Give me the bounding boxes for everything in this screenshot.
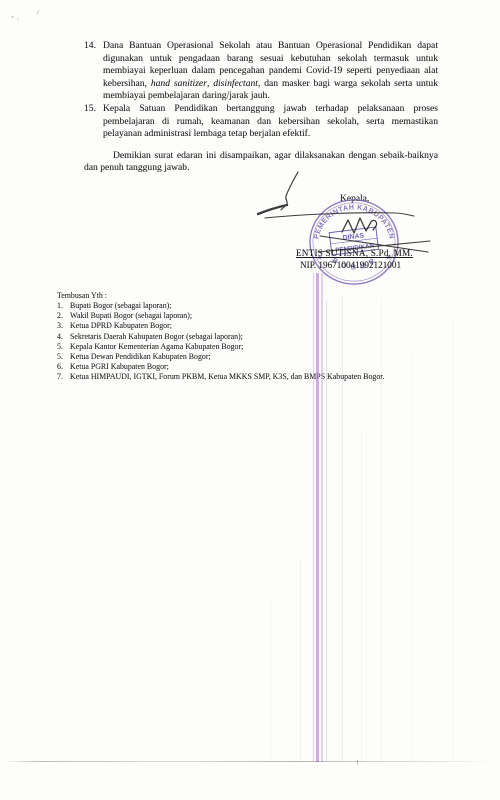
scan-streak — [412, 350, 413, 762]
item-number: 15. — [84, 103, 96, 116]
scan-artifact-dot — [17, 18, 19, 20]
tembusan-item: 4.Sekretaris Daerah Kabupaten Bogor (seb… — [57, 332, 447, 342]
list-item-14: 14. Dana Bantuan Operasional Sekolah ata… — [84, 40, 438, 103]
item-number: 14. — [84, 40, 96, 53]
italic-term: disinfectant — [213, 78, 258, 89]
scan-streak — [361, 430, 362, 762]
signatory-nip: NIP. 196710041992121001 — [300, 260, 401, 270]
tembusan-heading: Tembusan Yth : — [57, 291, 447, 301]
scanned-letter-page: 14. Dana Bantuan Operasional Sekolah ata… — [0, 0, 500, 800]
scan-streak — [270, 600, 271, 762]
fold-line — [3, 761, 497, 762]
tembusan-item: 5.Kepala Kantor Kementerian Agama Kabupa… — [57, 342, 447, 352]
scan-streak — [300, 560, 301, 762]
italic-term: hand sanitizer — [151, 78, 207, 89]
tembusan-item: 3.Ketua DPRD Kabupaten Bogor; — [57, 321, 447, 331]
tembusan-item: 2.Wakil Bupati Bogor (sebagai laporan); — [57, 311, 447, 321]
scan-streak — [452, 320, 453, 760]
tembusan-item: 6.Ketua PGRI Kabupaten Bogor; — [57, 362, 447, 372]
list-item-15: 15. Kepala Satuan Pendidikan bertanggung… — [84, 103, 438, 141]
tembusan-item: 1.Bupati Bogor (sebagai laporan); — [57, 301, 447, 311]
item-15-text: Kepala Satuan Pendidikan bertanggung jaw… — [103, 103, 438, 139]
signatory-name: ENTIS SUTISNA, S.Pd, MM. — [296, 248, 413, 258]
signature-ink — [230, 160, 460, 290]
tembusan-item: 7.Ketua HIMPAUDI, IGTKI, Forum PKBM, Ket… — [57, 372, 447, 382]
item-14-text: Dana Bantuan Operasional Sekolah atau Ba… — [103, 40, 438, 101]
scan-artifact-dot — [11, 16, 14, 18]
tembusan-item: 5.Ketua Dewan Pendidikan Kabupaten Bogor… — [57, 352, 447, 362]
tembusan-section: Tembusan Yth : 1.Bupati Bogor (sebagai l… — [57, 291, 447, 382]
letter-body: 14. Dana Bantuan Operasional Sekolah ata… — [84, 40, 438, 175]
scan-artifact-tick — [36, 10, 39, 15]
